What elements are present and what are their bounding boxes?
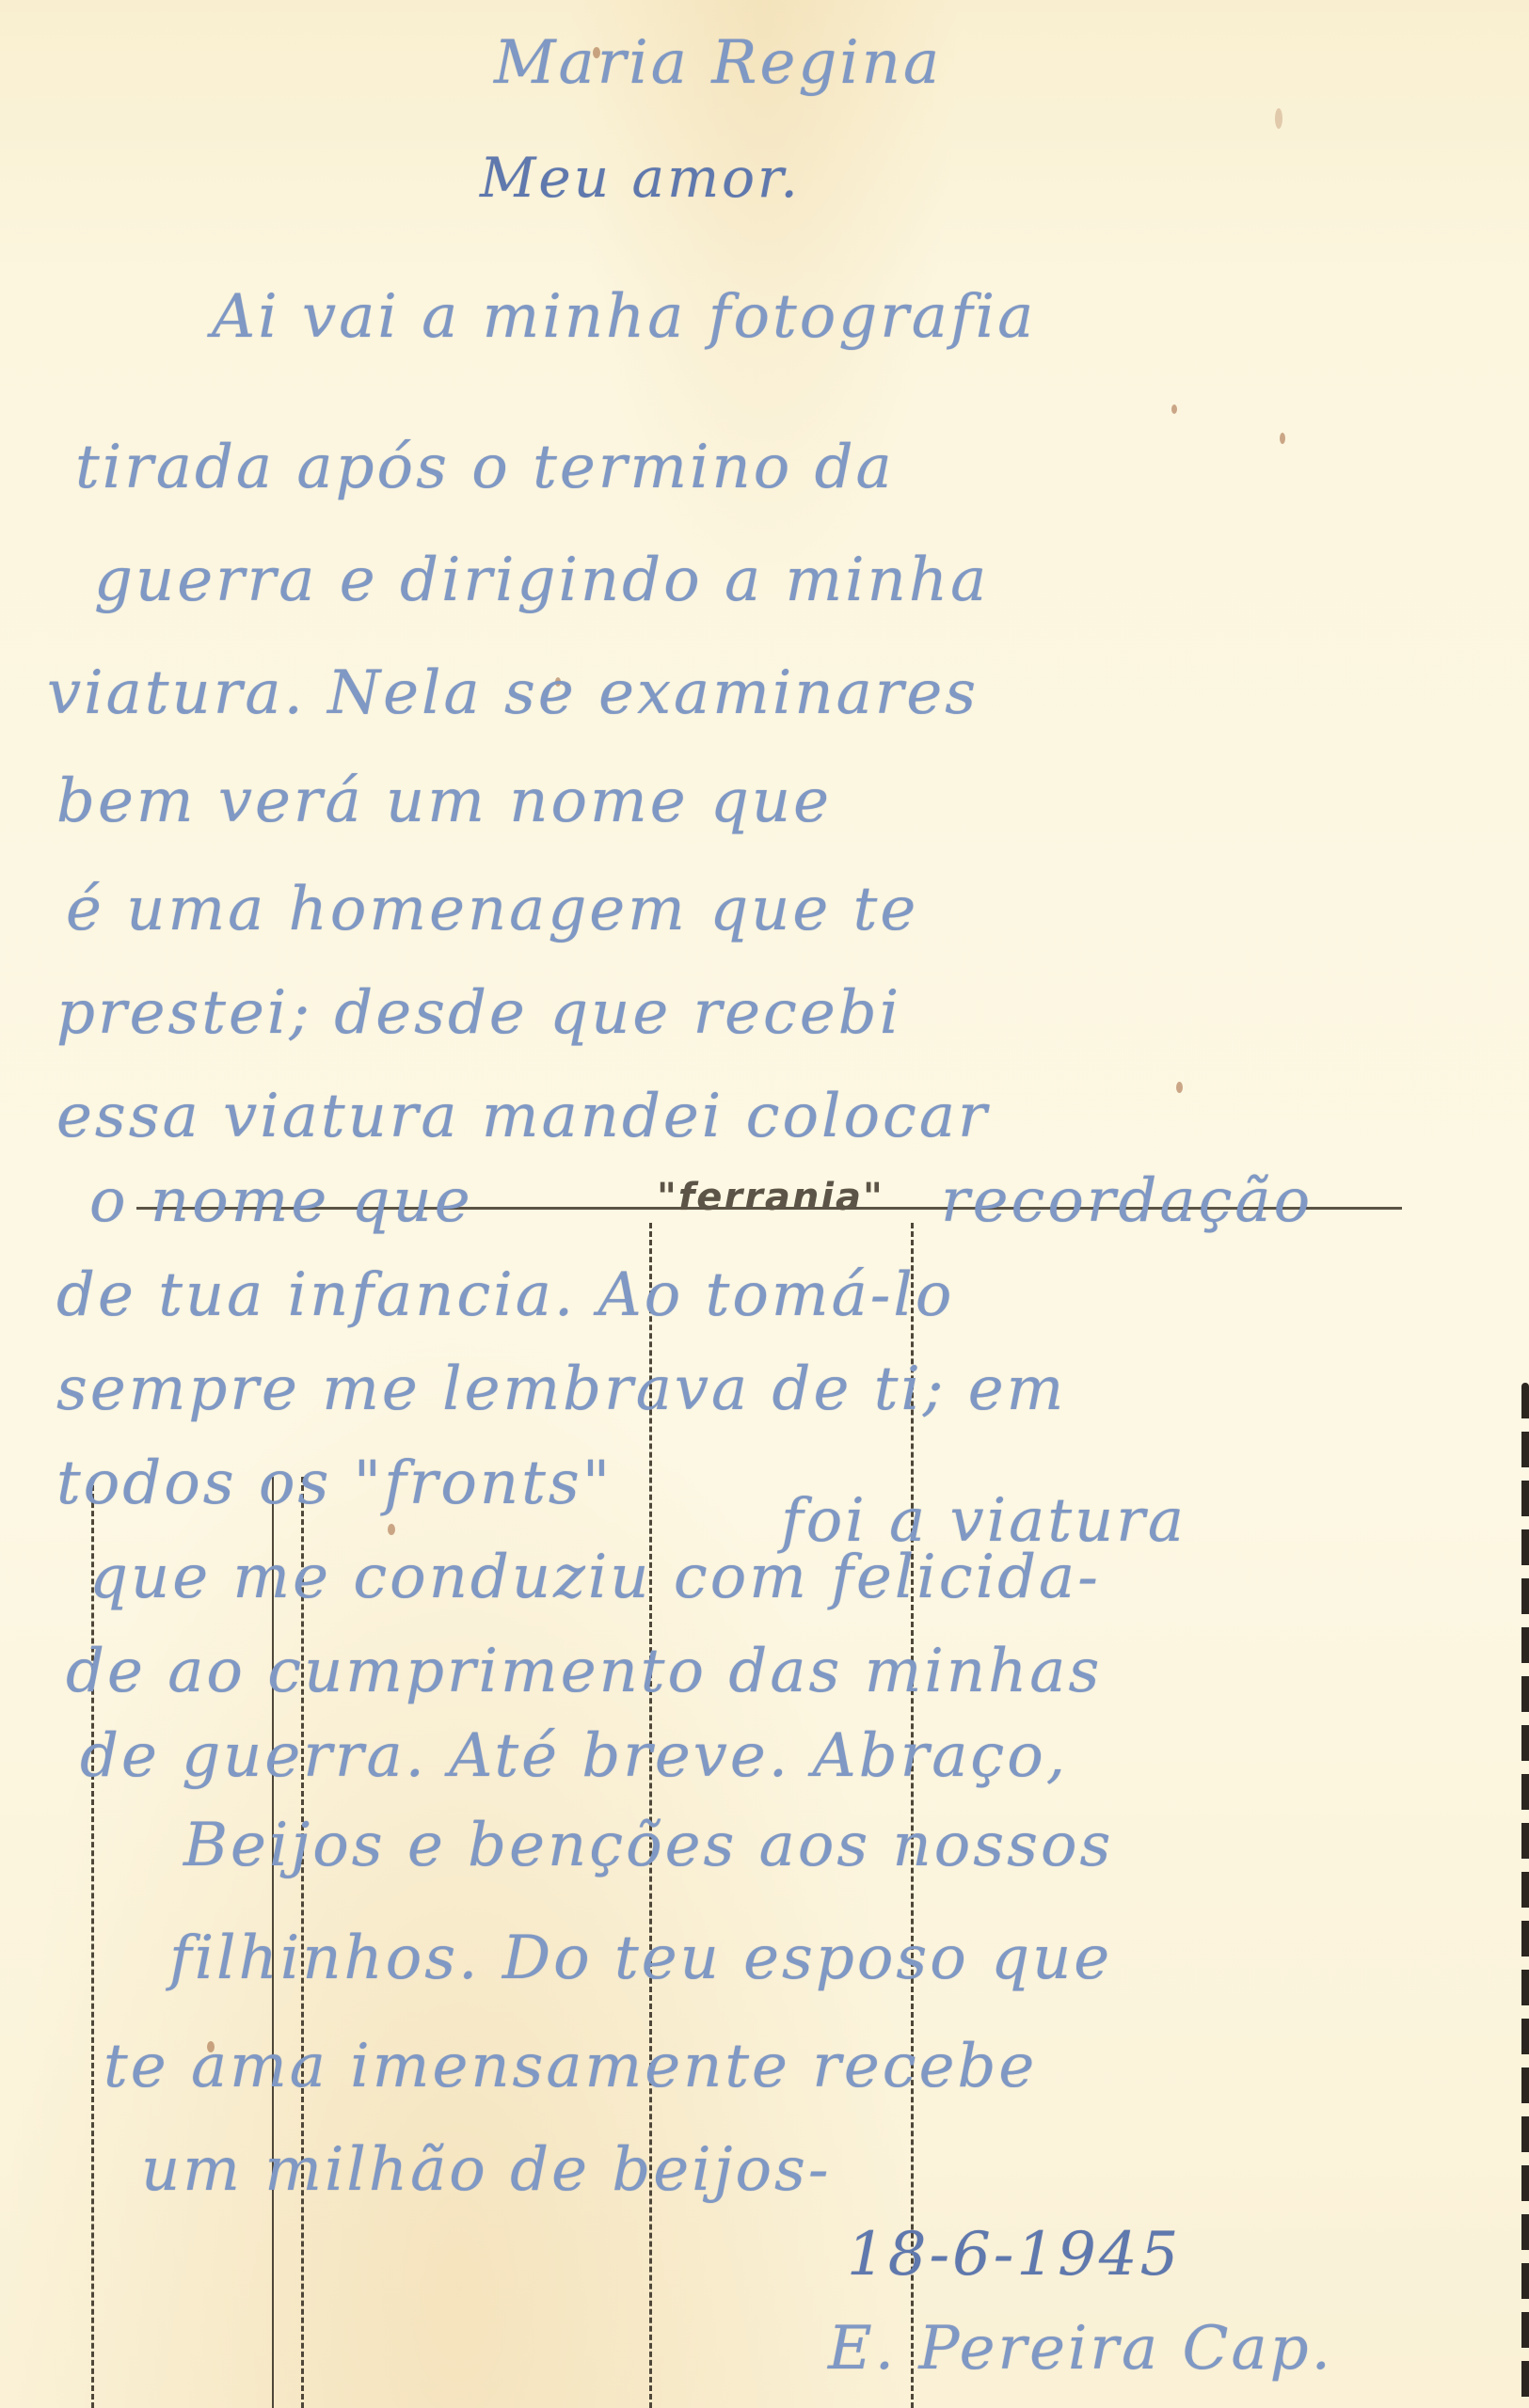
deckled-edge	[1521, 1383, 1529, 2408]
letter-line: um milhão de beijos-	[141, 2135, 831, 2205]
letter-date: 18-6-1945	[847, 2220, 1181, 2289]
letter-line: que me conduziu com felicida-	[89, 1543, 1101, 1612]
letter-line: todos os "fronts"	[56, 1449, 613, 1518]
letter-line: tirada após o termino da	[75, 433, 895, 502]
letter-line: Ai vai a minha fotografia	[212, 282, 1036, 352]
stain-spot	[1171, 404, 1177, 414]
letter-line: Beijos e benções aos nossos	[183, 1811, 1113, 1880]
letter-line: guerra e dirigindo a minha	[94, 546, 989, 615]
stain-spot	[1275, 108, 1282, 129]
ferrania-brand-mark: "ferrania"	[649, 1176, 892, 1219]
letter-line: é uma homenagem que te	[66, 875, 918, 944]
letter-line: bem verá um nome que	[56, 767, 832, 836]
letter-line: sempre me lembrava de ti; em	[56, 1354, 1066, 1424]
letter-line: te ama imensamente recebe	[104, 2032, 1037, 2101]
salutation-greeting: Meu amor.	[480, 146, 801, 210]
postcard-back: Maria Regina Meu amor. Ai vai a minha fo…	[0, 0, 1529, 2408]
address-guide-line	[91, 1477, 94, 2408]
letter-line: de guerra. Até breve. Abraço,	[80, 1721, 1068, 1791]
stain-spot	[1176, 1082, 1183, 1093]
letter-line: viatura. Nela se examinares	[47, 658, 979, 728]
letter-line-struck: recordação	[941, 1166, 1313, 1236]
letter-line-struck: o nome que	[89, 1166, 473, 1236]
letter-line: de tua infancia. Ao tomá-lo	[56, 1260, 954, 1330]
letter-line: de ao cumprimento das minhas	[66, 1637, 1102, 1706]
letter-signature: E. Pereira Cap.	[828, 2314, 1333, 2384]
letter-line: essa viatura mandei colocar	[56, 1082, 990, 1151]
stain-spot	[388, 1524, 395, 1535]
salutation-name: Maria Regina	[494, 28, 942, 98]
stain-spot	[1280, 433, 1285, 444]
letter-line: filhinhos. Do teu esposo que	[169, 1924, 1112, 1993]
letter-line: prestei; desde que recebi	[56, 978, 901, 1048]
